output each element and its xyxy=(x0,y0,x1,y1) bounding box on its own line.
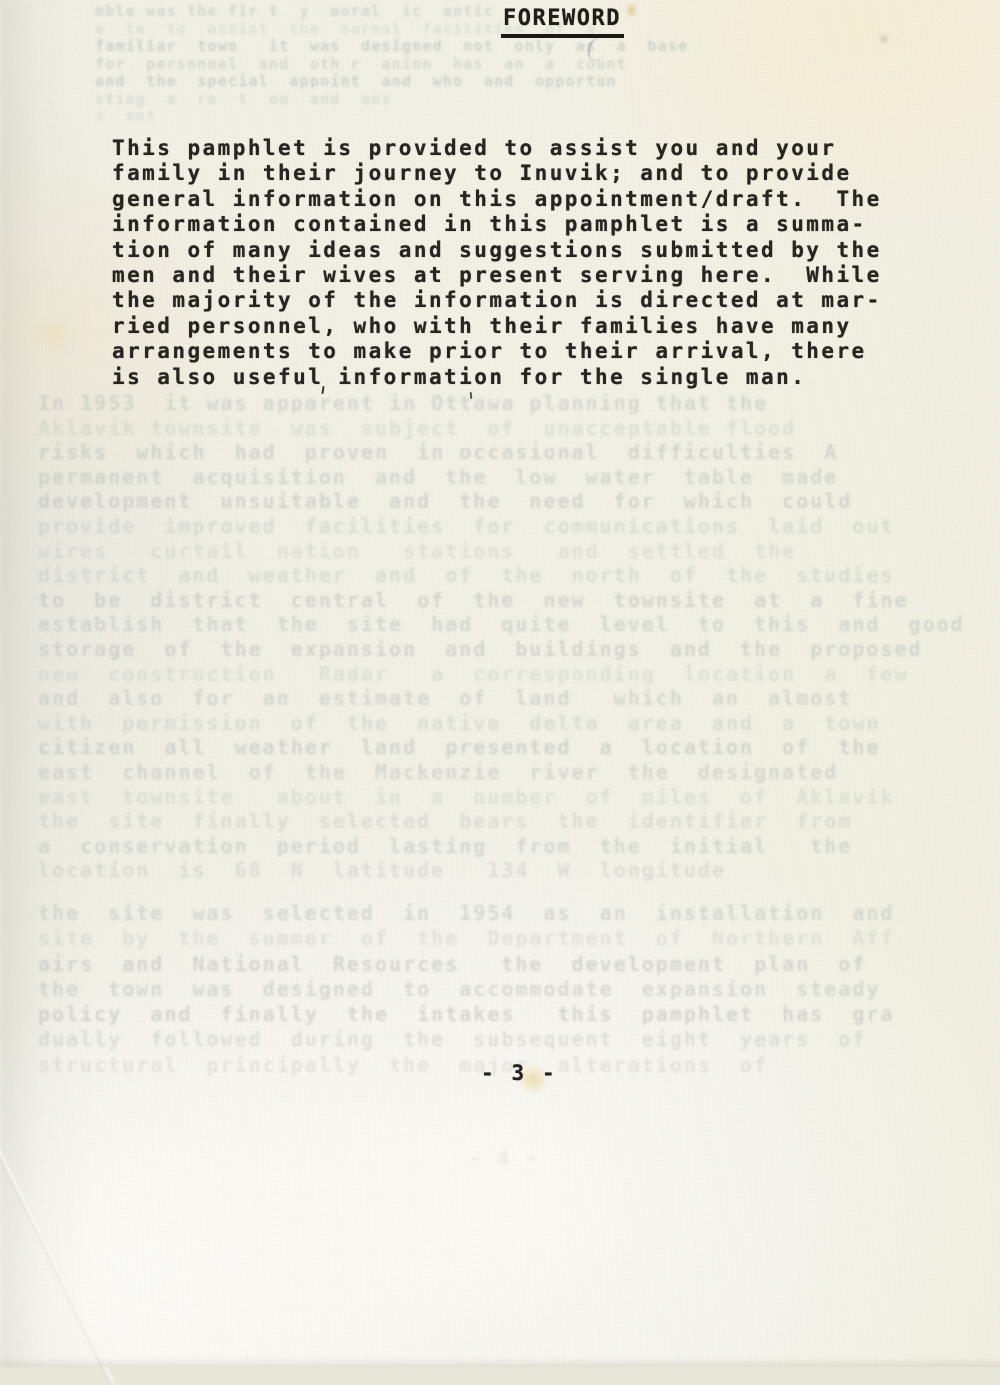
ghost-line: east townsite about in a number of miles… xyxy=(38,785,965,810)
ghost-line: the site finally selected bears the iden… xyxy=(38,809,965,834)
paragraph-line: tion of many ideas and suggestions submi… xyxy=(112,238,882,263)
paragraph-line: arrangements to make prior to their arri… xyxy=(112,339,882,364)
ghost-line: sting a re t on and ons xyxy=(95,91,688,109)
ghost-line: a conservation period lasting from the i… xyxy=(38,834,965,859)
ghost-line: airs and National Resources the developm… xyxy=(38,952,895,977)
bleedthrough-text-middle: In 1953 it was apparent in Ottawa planni… xyxy=(38,391,965,883)
ghost-line: site by the summer of the Department of … xyxy=(38,926,895,951)
scanned-page: mble was the fir t y moral ic antice le … xyxy=(0,0,1000,1367)
ghost-line: dually followed during the subsequent ei… xyxy=(38,1027,895,1052)
ghost-line: development unsuitable and the need for … xyxy=(38,489,965,514)
paragraph-line: men and their wives at present serving h… xyxy=(112,263,882,288)
ghost-line: risks which had proven in occasional dif… xyxy=(38,440,965,465)
ghost-line: In 1953 it was apparent in Ottawa planni… xyxy=(38,391,965,416)
yellow-stain-title xyxy=(625,2,638,19)
ghost-line: storage of the expansion and buildings a… xyxy=(38,637,965,662)
ghost-line: permanent acquisition and the low water … xyxy=(38,465,965,490)
ghost-line: establish that the site had quite level … xyxy=(38,612,965,637)
ghost-line: district and weather and of the north of… xyxy=(38,563,965,588)
paragraph-line: ried personnel, who with their families … xyxy=(112,314,882,339)
ghost-line: s ent xyxy=(95,108,688,126)
paragraph-line: general information on this appointment/… xyxy=(112,187,882,212)
foreword-paragraph: This pamphlet is provided to assist you … xyxy=(112,136,882,390)
ghost-line: citizen all weather land presented a loc… xyxy=(38,735,965,760)
ghost-page-number: - 4 - xyxy=(468,1146,540,1170)
ghost-line: to be district central of the new townsi… xyxy=(38,588,965,613)
paragraph-line: information contained in this pamphlet i… xyxy=(112,212,882,237)
ghost-line: the town was designed to accommodate exp… xyxy=(38,977,895,1002)
ghost-line: new construction Radar a corresponding l… xyxy=(38,662,965,687)
bottom-edge-shadow xyxy=(0,1357,1000,1367)
page-title: FOREWORD xyxy=(501,7,624,38)
paragraph-line: the majority of the information is direc… xyxy=(112,288,882,313)
ghost-line: with permission of the native delta area… xyxy=(38,711,965,736)
ghost-line: wires curtail nation stations and settle… xyxy=(38,539,965,564)
ghost-line: and the special appoint and who and oppo… xyxy=(95,73,688,91)
paragraph-line: family in their journey to Inuvik; and t… xyxy=(112,161,882,186)
page-number: - 3 - xyxy=(481,1061,557,1085)
ghost-line: and also for an estimate of land which a… xyxy=(38,686,965,711)
bleedthrough-text-lower: the site was selected in 1954 as an inst… xyxy=(38,901,895,1078)
ghost-line: the site was selected in 1954 as an inst… xyxy=(38,901,895,926)
yellow-stain-left xyxy=(30,315,76,355)
ghost-line: Aklavik townsite was subject of unaccept… xyxy=(38,416,965,441)
ghost-line: east channel of the Mackenzie river the … xyxy=(38,760,965,785)
paragraph-line: This pamphlet is provided to assist you … xyxy=(112,136,882,161)
ghost-line: policy and finally the intakes this pamp… xyxy=(38,1002,895,1027)
ghost-line: structural principally the major alterat… xyxy=(38,1053,895,1078)
paragraph-line: is also useful information for the singl… xyxy=(112,365,882,390)
gray-smudge xyxy=(878,33,890,45)
ghost-line: provide improved facilities for communic… xyxy=(38,514,965,539)
ghost-line: location is 68 N latitude 134 W longitud… xyxy=(38,858,965,883)
